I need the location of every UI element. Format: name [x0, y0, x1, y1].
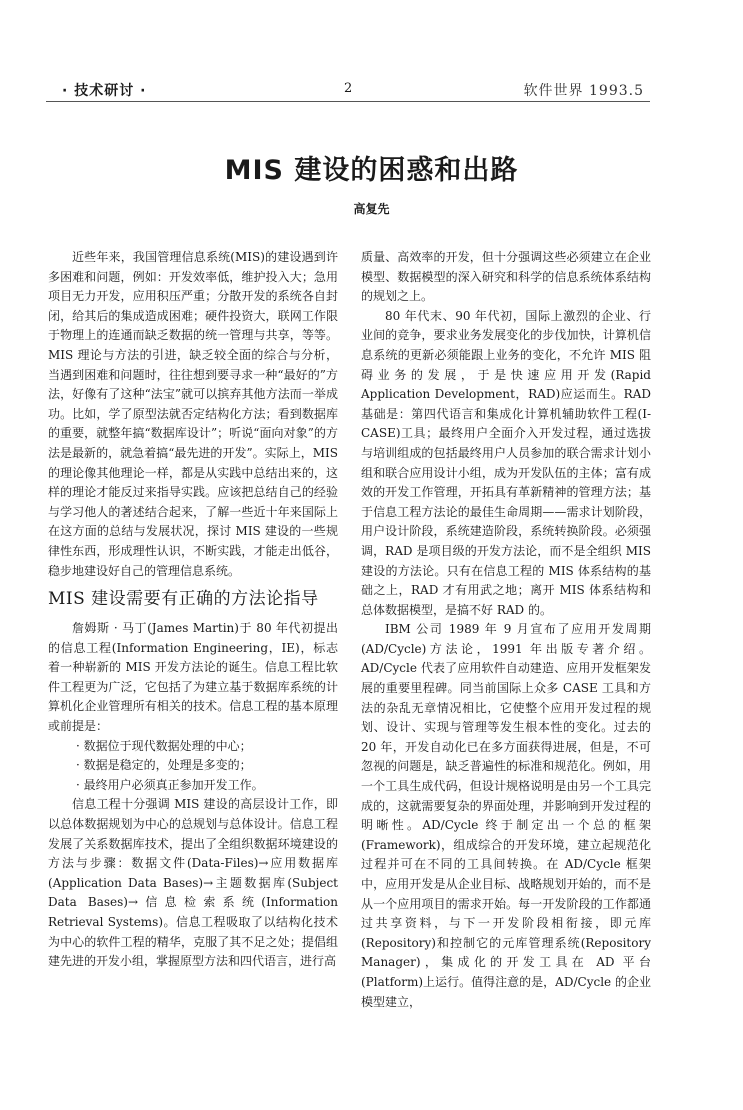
section-label: · 技术研讨 · — [62, 80, 146, 100]
article-title: MIS 建设的困惑和出路 — [0, 148, 743, 187]
ie-design-paragraph: 信息工程十分强调 MIS 建设的高层设计工作，即以总体数据规划为中心的总规划与总… — [48, 795, 338, 971]
page-number: 2 — [344, 81, 352, 96]
left-column: 近些年来，我国管理信息系统(MIS)的建设遇到许多困难和问题，例如：开发效率低，… — [48, 248, 338, 972]
list-item: 最终用户必须真正参加开发工作。 — [76, 776, 338, 796]
principles-list: 数据位于现代数据处理的中心； 数据是稳定的，处理是多变的； 最终用户必须真正参加… — [48, 737, 338, 796]
list-item: 数据位于现代数据处理的中心； — [76, 737, 338, 757]
ie-paragraph: 詹姆斯 · 马丁(James Martin)于 80 年代初提出的信息工程(In… — [48, 619, 338, 737]
journal-name-issue: 软件世界 1993.5 — [524, 80, 644, 100]
intro-paragraph: 近些年来，我国管理信息系统(MIS)的建设遇到许多困难和问题，例如：开发效率低，… — [48, 248, 338, 581]
section-heading: MIS 建设需要有正确的方法论指导 — [48, 587, 338, 611]
header-rule — [46, 101, 650, 102]
article-author: 高复先 — [0, 200, 743, 217]
list-item: 数据是稳定的，处理是多变的； — [76, 756, 338, 776]
rad-paragraph: 80 年代末、90 年代初，国际上激烈的企业、行业间的竞争，要求业务发展变化的步… — [361, 307, 651, 621]
adcycle-paragraph: IBM 公司 1989 年 9 月宣布了应用开发周期(AD/Cycle)方法论，… — [361, 620, 651, 1012]
right-column: 质量、高效率的开发，但十分强调这些必须建立在企业模型、数据模型的深入研究和科学的… — [361, 248, 651, 1012]
continued-paragraph: 质量、高效率的开发，但十分强调这些必须建立在企业模型、数据模型的深入研究和科学的… — [361, 248, 651, 307]
running-header: · 技术研讨 · 2 软件世界 1993.5 — [62, 80, 644, 100]
